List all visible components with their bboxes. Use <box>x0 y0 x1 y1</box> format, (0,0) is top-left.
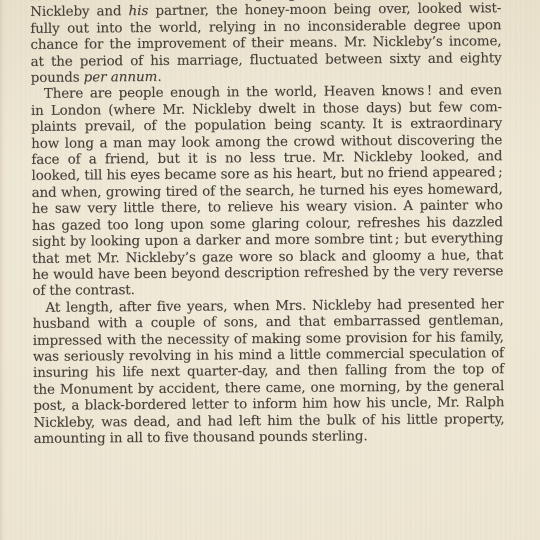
page-text: lookers-on for the means of regaling the… <box>30 0 505 448</box>
paragraph: There are people enough in the world, He… <box>31 84 504 301</box>
text-line: amounting in all to five thousand pounds… <box>33 428 504 448</box>
book-page: lookers-on for the means of regaling the… <box>0 0 540 540</box>
paragraph: At length, after five years, when Mrs. N… <box>32 297 504 448</box>
paragraph: lookers-on for the means of regaling the… <box>30 0 502 87</box>
